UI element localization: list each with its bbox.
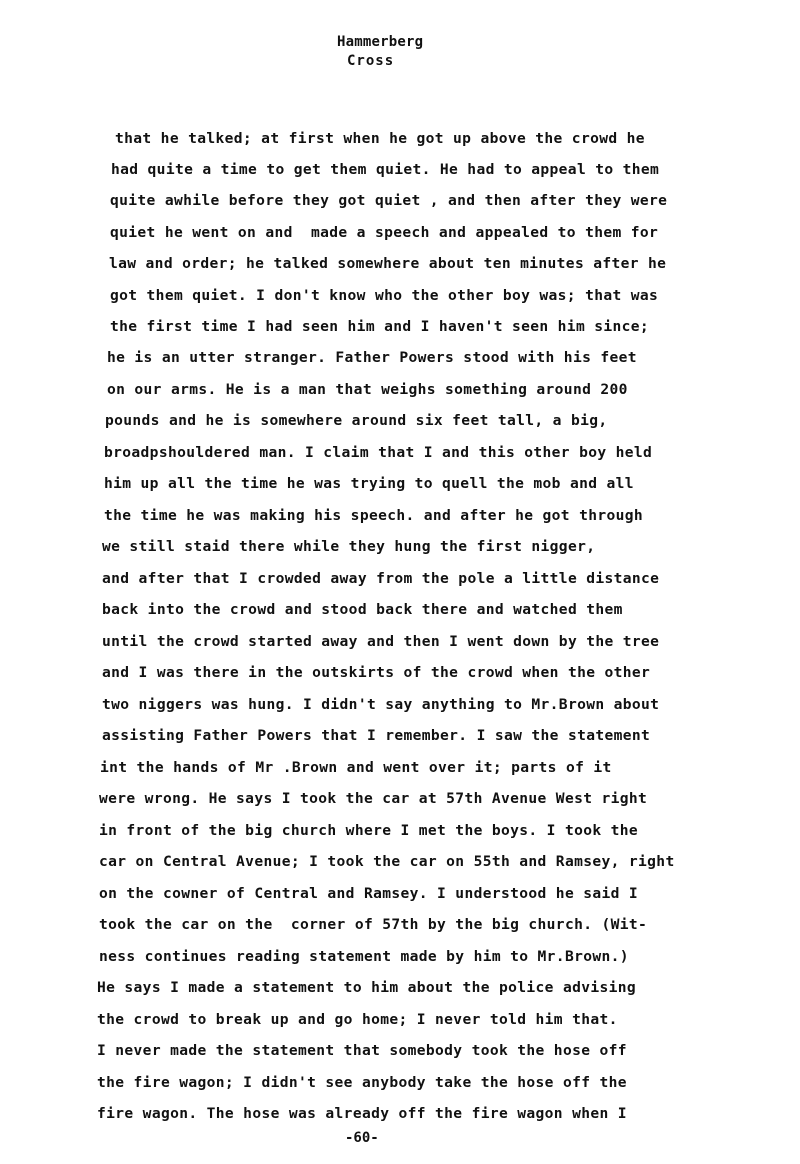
text-line: had quite a time to get them quiet. He h… bbox=[111, 161, 659, 178]
header-examination-type: Cross bbox=[347, 53, 394, 69]
text-line: fire wagon. The hose was already off the… bbox=[97, 1105, 627, 1122]
text-line: he is an utter stranger. Father Powers s… bbox=[107, 349, 637, 366]
text-line: got them quiet. I don't know who the oth… bbox=[110, 287, 658, 304]
text-line: car on Central Avenue; I took the car on… bbox=[99, 853, 675, 870]
text-line: assisting Father Powers that I remember.… bbox=[102, 727, 650, 744]
header-witness-name: Hammerberg bbox=[337, 34, 423, 50]
text-line: quiet he went on and made a speech and a… bbox=[110, 224, 658, 241]
text-line: and after that I crowded away from the p… bbox=[102, 570, 659, 587]
text-line: we still staid there while they hung the… bbox=[102, 538, 595, 555]
text-line: on our arms. He is a man that weighs som… bbox=[107, 381, 628, 398]
text-line: took the car on the corner of 57th by th… bbox=[99, 916, 647, 933]
text-line: in front of the big church where I met t… bbox=[99, 822, 638, 839]
text-line: the first time I had seen him and I have… bbox=[110, 318, 649, 335]
text-line: and I was there in the outskirts of the … bbox=[102, 664, 650, 681]
text-line: law and order; he talked somewhere about… bbox=[109, 255, 666, 272]
text-line: the crowd to break up and go home; I nev… bbox=[97, 1011, 618, 1028]
text-line: the time he was making his speech. and a… bbox=[104, 507, 643, 524]
text-line: broadpshouldered man. I claim that I and… bbox=[104, 444, 652, 461]
text-line: He says I made a statement to him about … bbox=[97, 979, 636, 996]
text-line: quite awhile before they got quiet , and… bbox=[110, 192, 667, 209]
text-line: him up all the time he was trying to que… bbox=[104, 475, 634, 492]
text-line: pounds and he is somewhere around six fe… bbox=[105, 412, 608, 429]
page-number: -60- bbox=[345, 1130, 379, 1146]
text-line: two niggers was hung. I didn't say anyth… bbox=[102, 696, 659, 713]
text-line: on the cowner of Central and Ramsey. I u… bbox=[99, 885, 638, 902]
text-line: back into the crowd and stood back there… bbox=[102, 601, 623, 618]
text-line: that he talked; at first when he got up … bbox=[115, 130, 645, 147]
text-line: were wrong. He says I took the car at 57… bbox=[99, 790, 647, 807]
text-line: int the hands of Mr .Brown and went over… bbox=[100, 759, 612, 776]
text-line: I never made the statement that somebody… bbox=[97, 1042, 627, 1059]
text-line: until the crowd started away and then I … bbox=[102, 633, 659, 650]
text-line: the fire wagon; I didn't see anybody tak… bbox=[97, 1074, 627, 1091]
text-line: ness continues reading statement made by… bbox=[99, 948, 629, 965]
